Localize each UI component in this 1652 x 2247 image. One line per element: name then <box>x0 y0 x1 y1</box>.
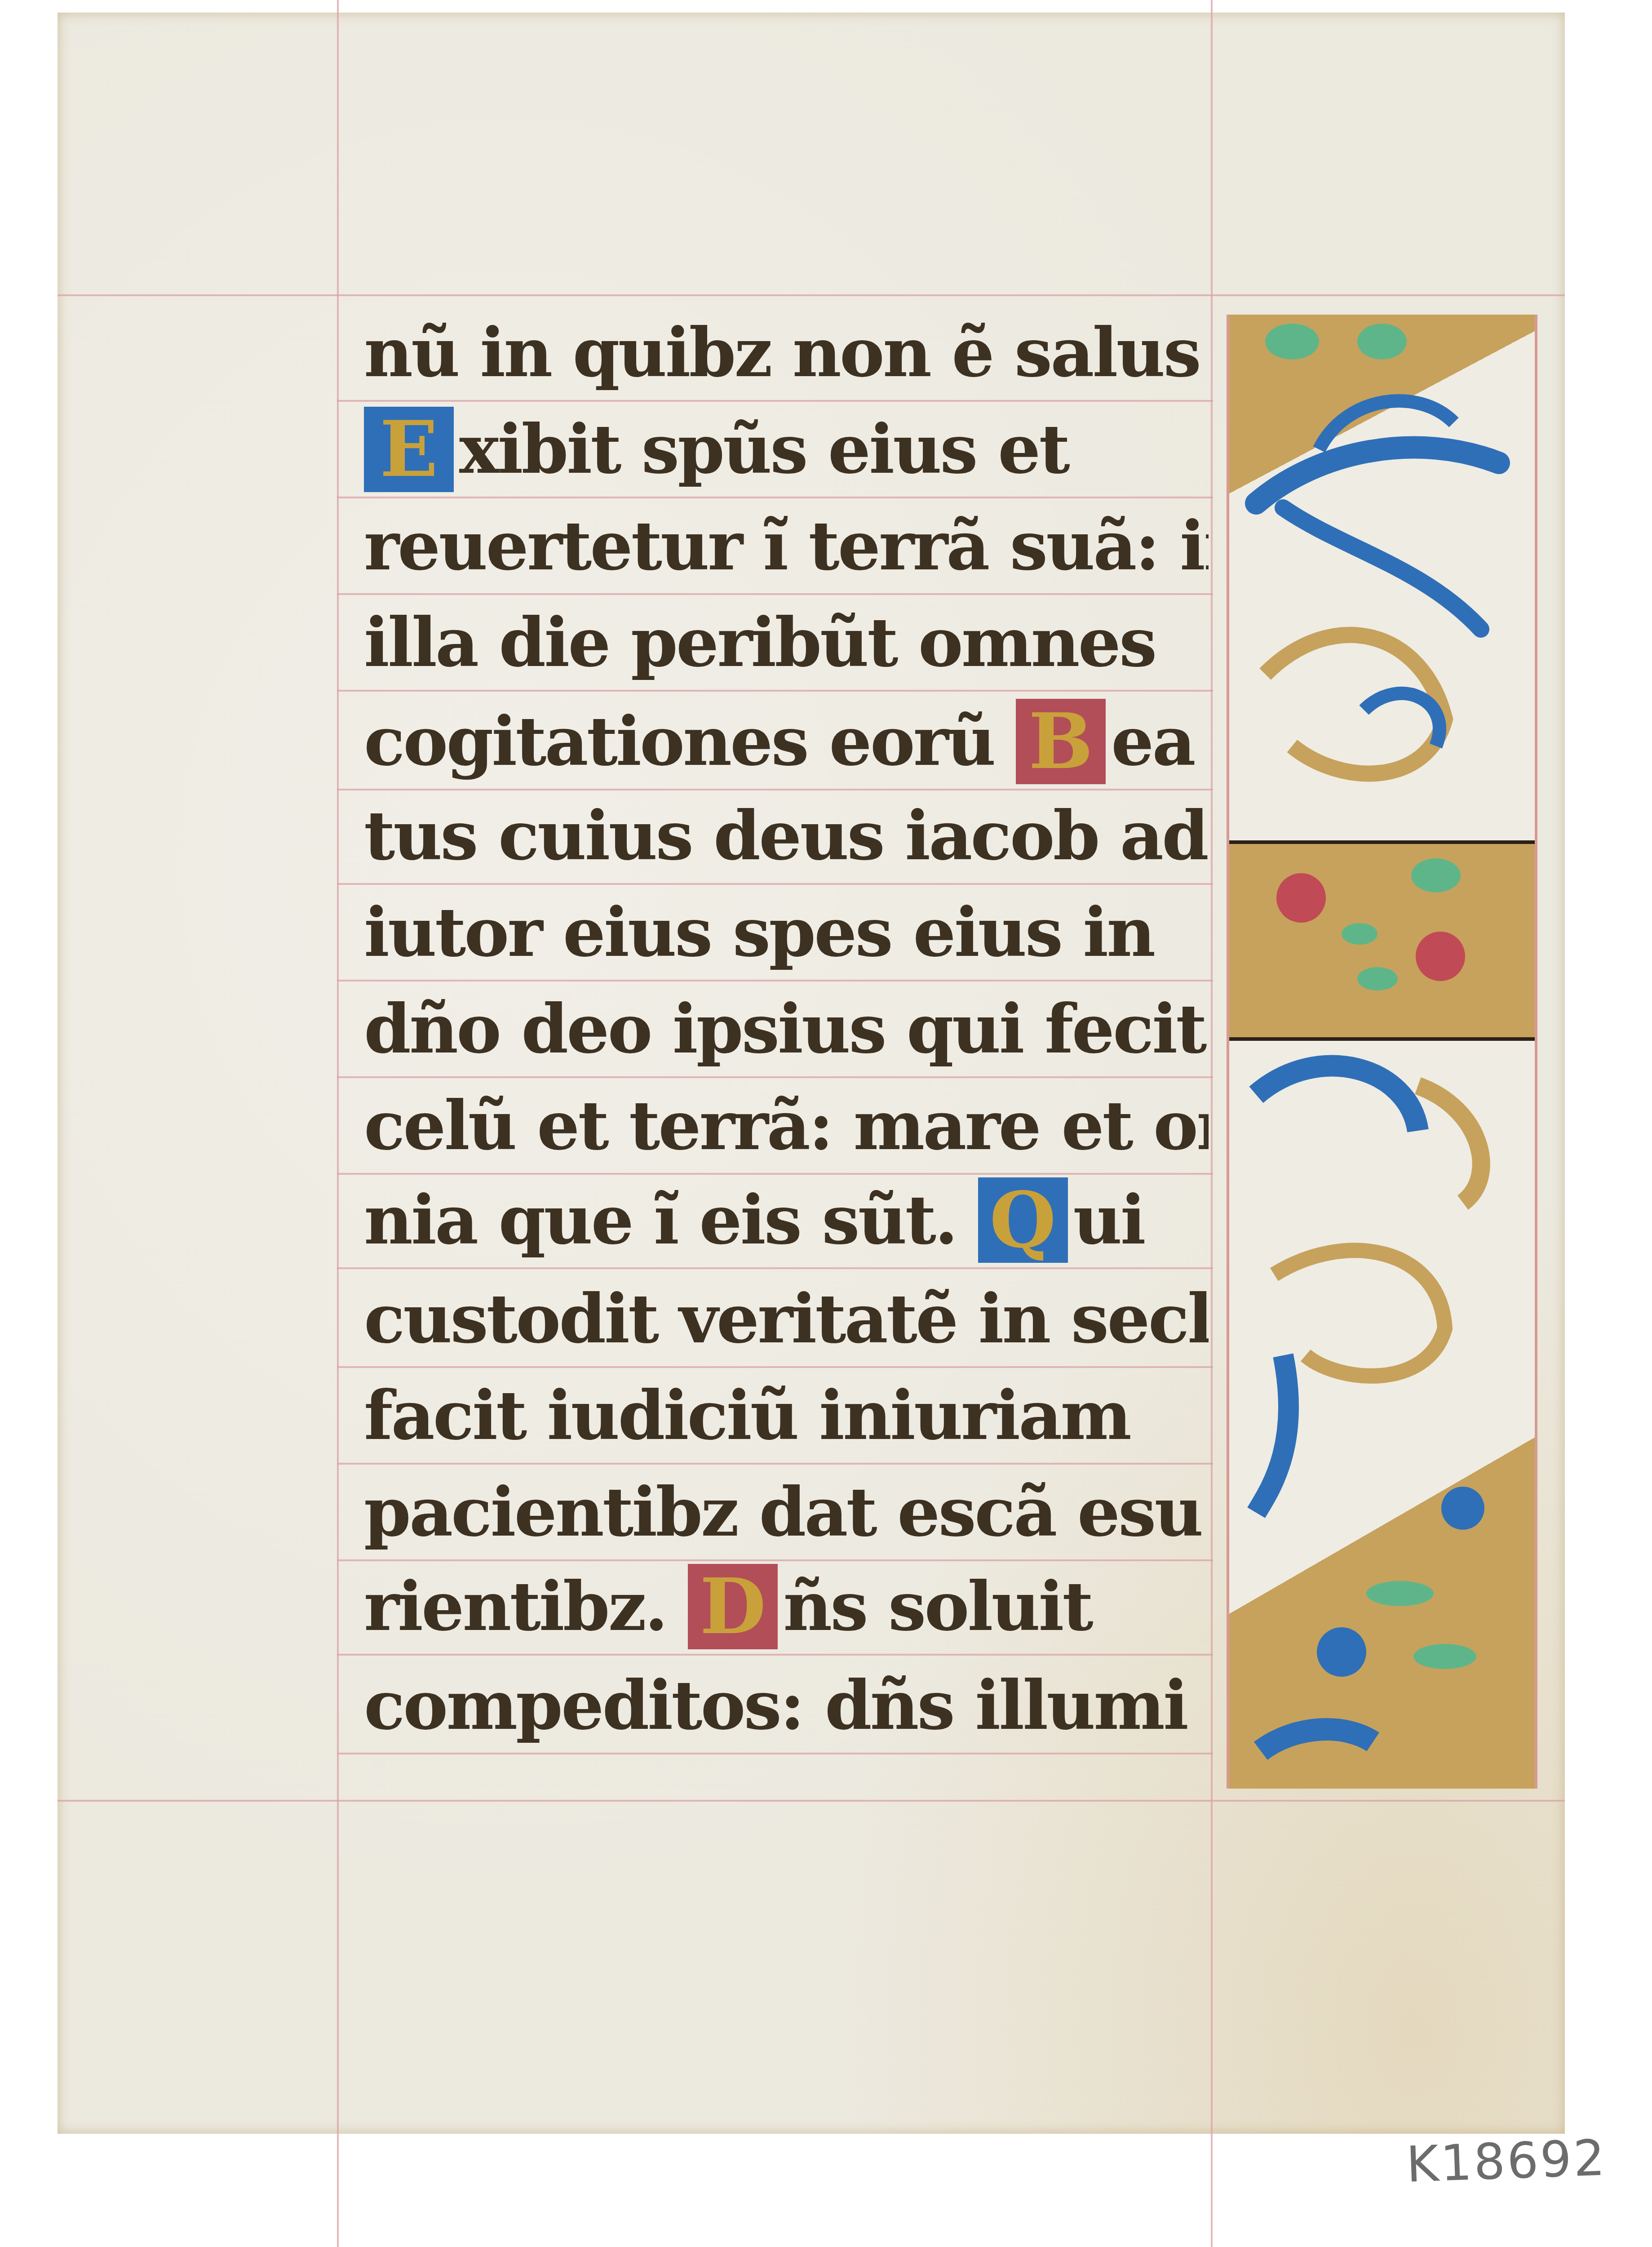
illuminated-initial: E <box>364 407 454 492</box>
text-segment: reuertetur ĩ terrã suã: in <box>364 506 1209 586</box>
text-line: rientibz. Dñs soluit <box>364 1564 1209 1649</box>
text-segment: dño deo ipsius qui fecit <box>364 990 1205 1069</box>
text-line: cogitationes eorũ Bea <box>364 699 1209 784</box>
text-line: dño deo ipsius qui fecit <box>364 986 1209 1072</box>
text-segment: rientibz. <box>364 1567 688 1646</box>
text-line: celũ et terrã: mare et om <box>364 1083 1209 1168</box>
ruling-line <box>337 1173 1213 1175</box>
ruling-line <box>337 980 1213 981</box>
flower-icon <box>1229 1041 1535 1789</box>
text-line: nia que ĩ eis sũt. Qui <box>364 1177 1209 1263</box>
text-segment: compeditos: dñs illumi <box>364 1666 1187 1745</box>
text-segment: celũ et terrã: mare et om <box>364 1086 1209 1165</box>
text-segment: illa die peribũt omnes <box>364 603 1155 682</box>
text-segment: ea <box>1111 702 1194 781</box>
ruling-line <box>337 1366 1213 1368</box>
ruling-line <box>337 1559 1213 1561</box>
text-segment: facit iudiciũ iniuriam <box>364 1376 1130 1455</box>
text-line: tus cuius deus iacob ad <box>364 793 1209 879</box>
text-segment: ui <box>1073 1181 1144 1260</box>
ruling-line <box>337 1267 1213 1269</box>
illuminated-initial: Q <box>978 1177 1068 1263</box>
text-line: illa die peribũt omnes <box>364 600 1209 685</box>
ruling-line <box>337 690 1213 692</box>
ruling-line <box>337 400 1213 402</box>
shelfmark-annotation: K18692 <box>1405 2129 1608 2193</box>
text-segment: nũ in quibz non ẽ salus <box>364 313 1200 392</box>
ruling-line <box>337 1076 1213 1078</box>
text-line: iutor eius spes eius in <box>364 890 1209 975</box>
text-segment: xibit spũs eius et <box>459 410 1068 489</box>
illuminated-border <box>1227 315 1537 1789</box>
illuminated-initial: D <box>688 1564 778 1649</box>
text-segment: pacientibz dat escã esu <box>364 1473 1202 1552</box>
text-line: Exibit spũs eius et <box>364 407 1209 492</box>
text-segment: nia que ĩ eis sũt. <box>364 1181 978 1260</box>
strawberry-icon <box>1229 844 1535 1037</box>
ruling-line <box>337 1463 1213 1465</box>
ruling-line <box>337 593 1213 595</box>
text-line: reuertetur ĩ terrã suã: in <box>364 503 1209 589</box>
text-segment: ñs soluit <box>783 1567 1092 1646</box>
text-line: custodit veritatẽ in seclũ <box>364 1276 1209 1362</box>
text-segment: cogitationes eorũ <box>364 702 1016 781</box>
border-panel-strawberries <box>1229 844 1535 1037</box>
acanthus-scroll-icon <box>1229 315 1535 840</box>
ruling-line <box>337 1654 1213 1656</box>
ruling-line <box>337 1753 1213 1754</box>
text-line: nũ in quibz non ẽ salus <box>364 310 1209 395</box>
text-line: facit iudiciũ iniuriam <box>364 1373 1209 1458</box>
ruling-line <box>337 789 1213 790</box>
text-line: compeditos: dñs illumi <box>364 1663 1209 1748</box>
border-panel-acanthus-top <box>1229 315 1535 840</box>
illuminated-initial: B <box>1016 699 1106 784</box>
text-segment: custodit veritatẽ in seclũ <box>364 1279 1209 1359</box>
ruling-line <box>337 497 1213 498</box>
text-segment: tus cuius deus iacob ad <box>364 796 1207 875</box>
text-line: pacientibz dat escã esu <box>364 1470 1209 1555</box>
border-panel-acanthus-bottom <box>1229 1041 1535 1789</box>
ruling-line <box>337 883 1213 885</box>
text-segment: iutor eius spes eius in <box>364 893 1154 972</box>
